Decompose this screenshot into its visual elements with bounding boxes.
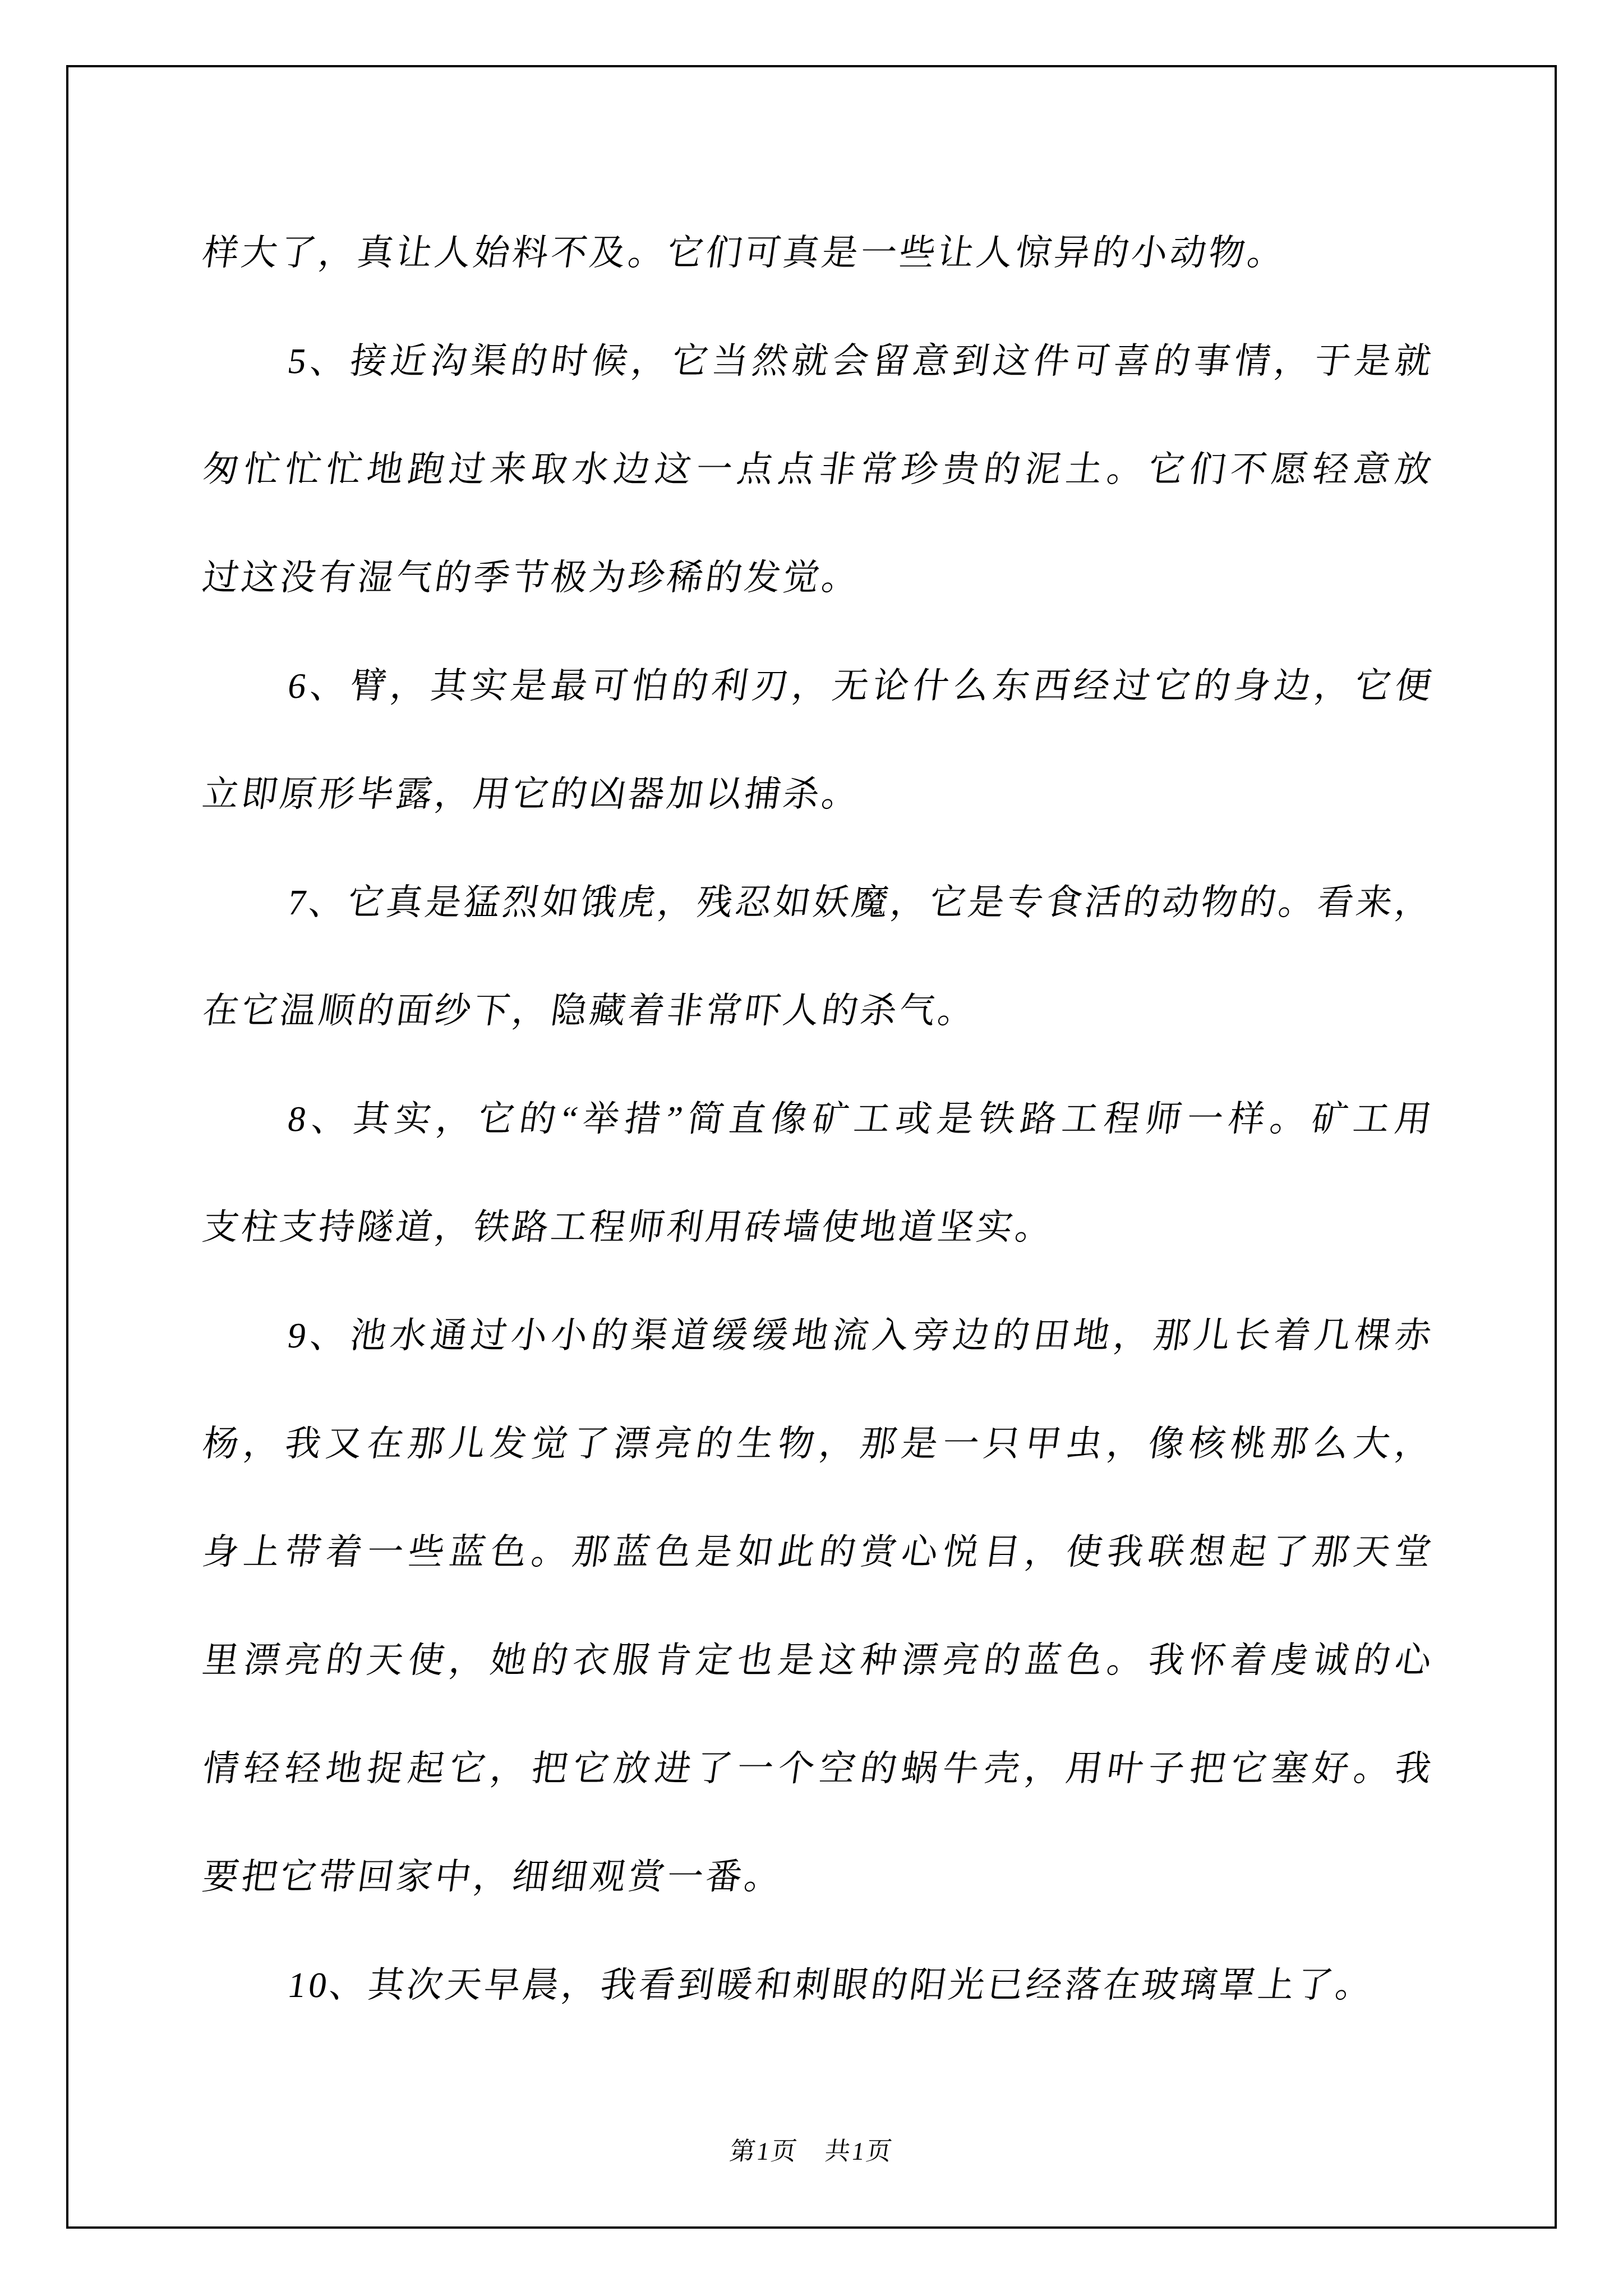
text-line: 身上带着一些蓝色。那蓝色是如此的赏心悦目，使我联想起了那天堂 [195, 1498, 1441, 1606]
page-footer: 第1页 共1页 [0, 2132, 1623, 2171]
text-line: 情轻轻地捉起它，把它放进了一个空的蜗牛壳，用叶子把它塞好。我 [195, 1714, 1441, 1823]
text-line: 里漂亮的天使，她的衣服肯定也是这种漂亮的蓝色。我怀着虔诚的心 [195, 1606, 1441, 1714]
text-line: 在它温顺的面纱下，隐藏着非常吓人的杀气。 [195, 956, 1441, 1065]
text-line: 10、其次天早晨，我看到暖和刺眼的阳光已经落在玻璃罩上了。 [195, 1931, 1441, 2039]
text-line: 支柱支持隧道，铁路工程师利用砖墙使地道坚实。 [195, 1173, 1441, 1281]
page-number: 第1页 共1页 [728, 2137, 895, 2165]
text-line: 杨，我又在那儿发觉了漂亮的生物，那是一只甲虫，像核桃那么大， [195, 1389, 1441, 1498]
text-line: 6、臂，其实是最可怕的利刃，无论什么东西经过它的身边，它便 [195, 632, 1441, 740]
text-line: 要把它带回家中，细细观赏一番。 [195, 1823, 1441, 1931]
text-line: 样大了，真让人始料不及。它们可真是一些让人惊异的小动物。 [195, 199, 1441, 307]
text-line: 立即原形毕露，用它的凶器加以捕杀。 [195, 740, 1441, 848]
text-line: 8、其实，它的“举措”简直像矿工或是铁路工程师一样。矿工用 [195, 1065, 1441, 1173]
document-page: 样大了，真让人始料不及。它们可真是一些让人惊异的小动物。5、接近沟渠的时候，它当… [0, 0, 1623, 2296]
text-line: 匆忙忙忙地跑过来取水边这一点点非常珍贵的泥土。它们不愿轻意放 [195, 415, 1441, 523]
text-line: 7、它真是猛烈如饿虎，残忍如妖魔，它是专食活的动物的。看来， [195, 848, 1441, 956]
text-line: 5、接近沟渠的时候，它当然就会留意到这件可喜的事情，于是就 [195, 307, 1441, 415]
document-body: 样大了，真让人始料不及。它们可真是一些让人惊异的小动物。5、接近沟渠的时候，它当… [199, 199, 1430, 2039]
text-line: 过这没有湿气的季节极为珍稀的发觉。 [195, 523, 1441, 632]
text-line: 9、池水通过小小的渠道缓缓地流入旁边的田地，那儿长着几棵赤 [195, 1281, 1441, 1389]
